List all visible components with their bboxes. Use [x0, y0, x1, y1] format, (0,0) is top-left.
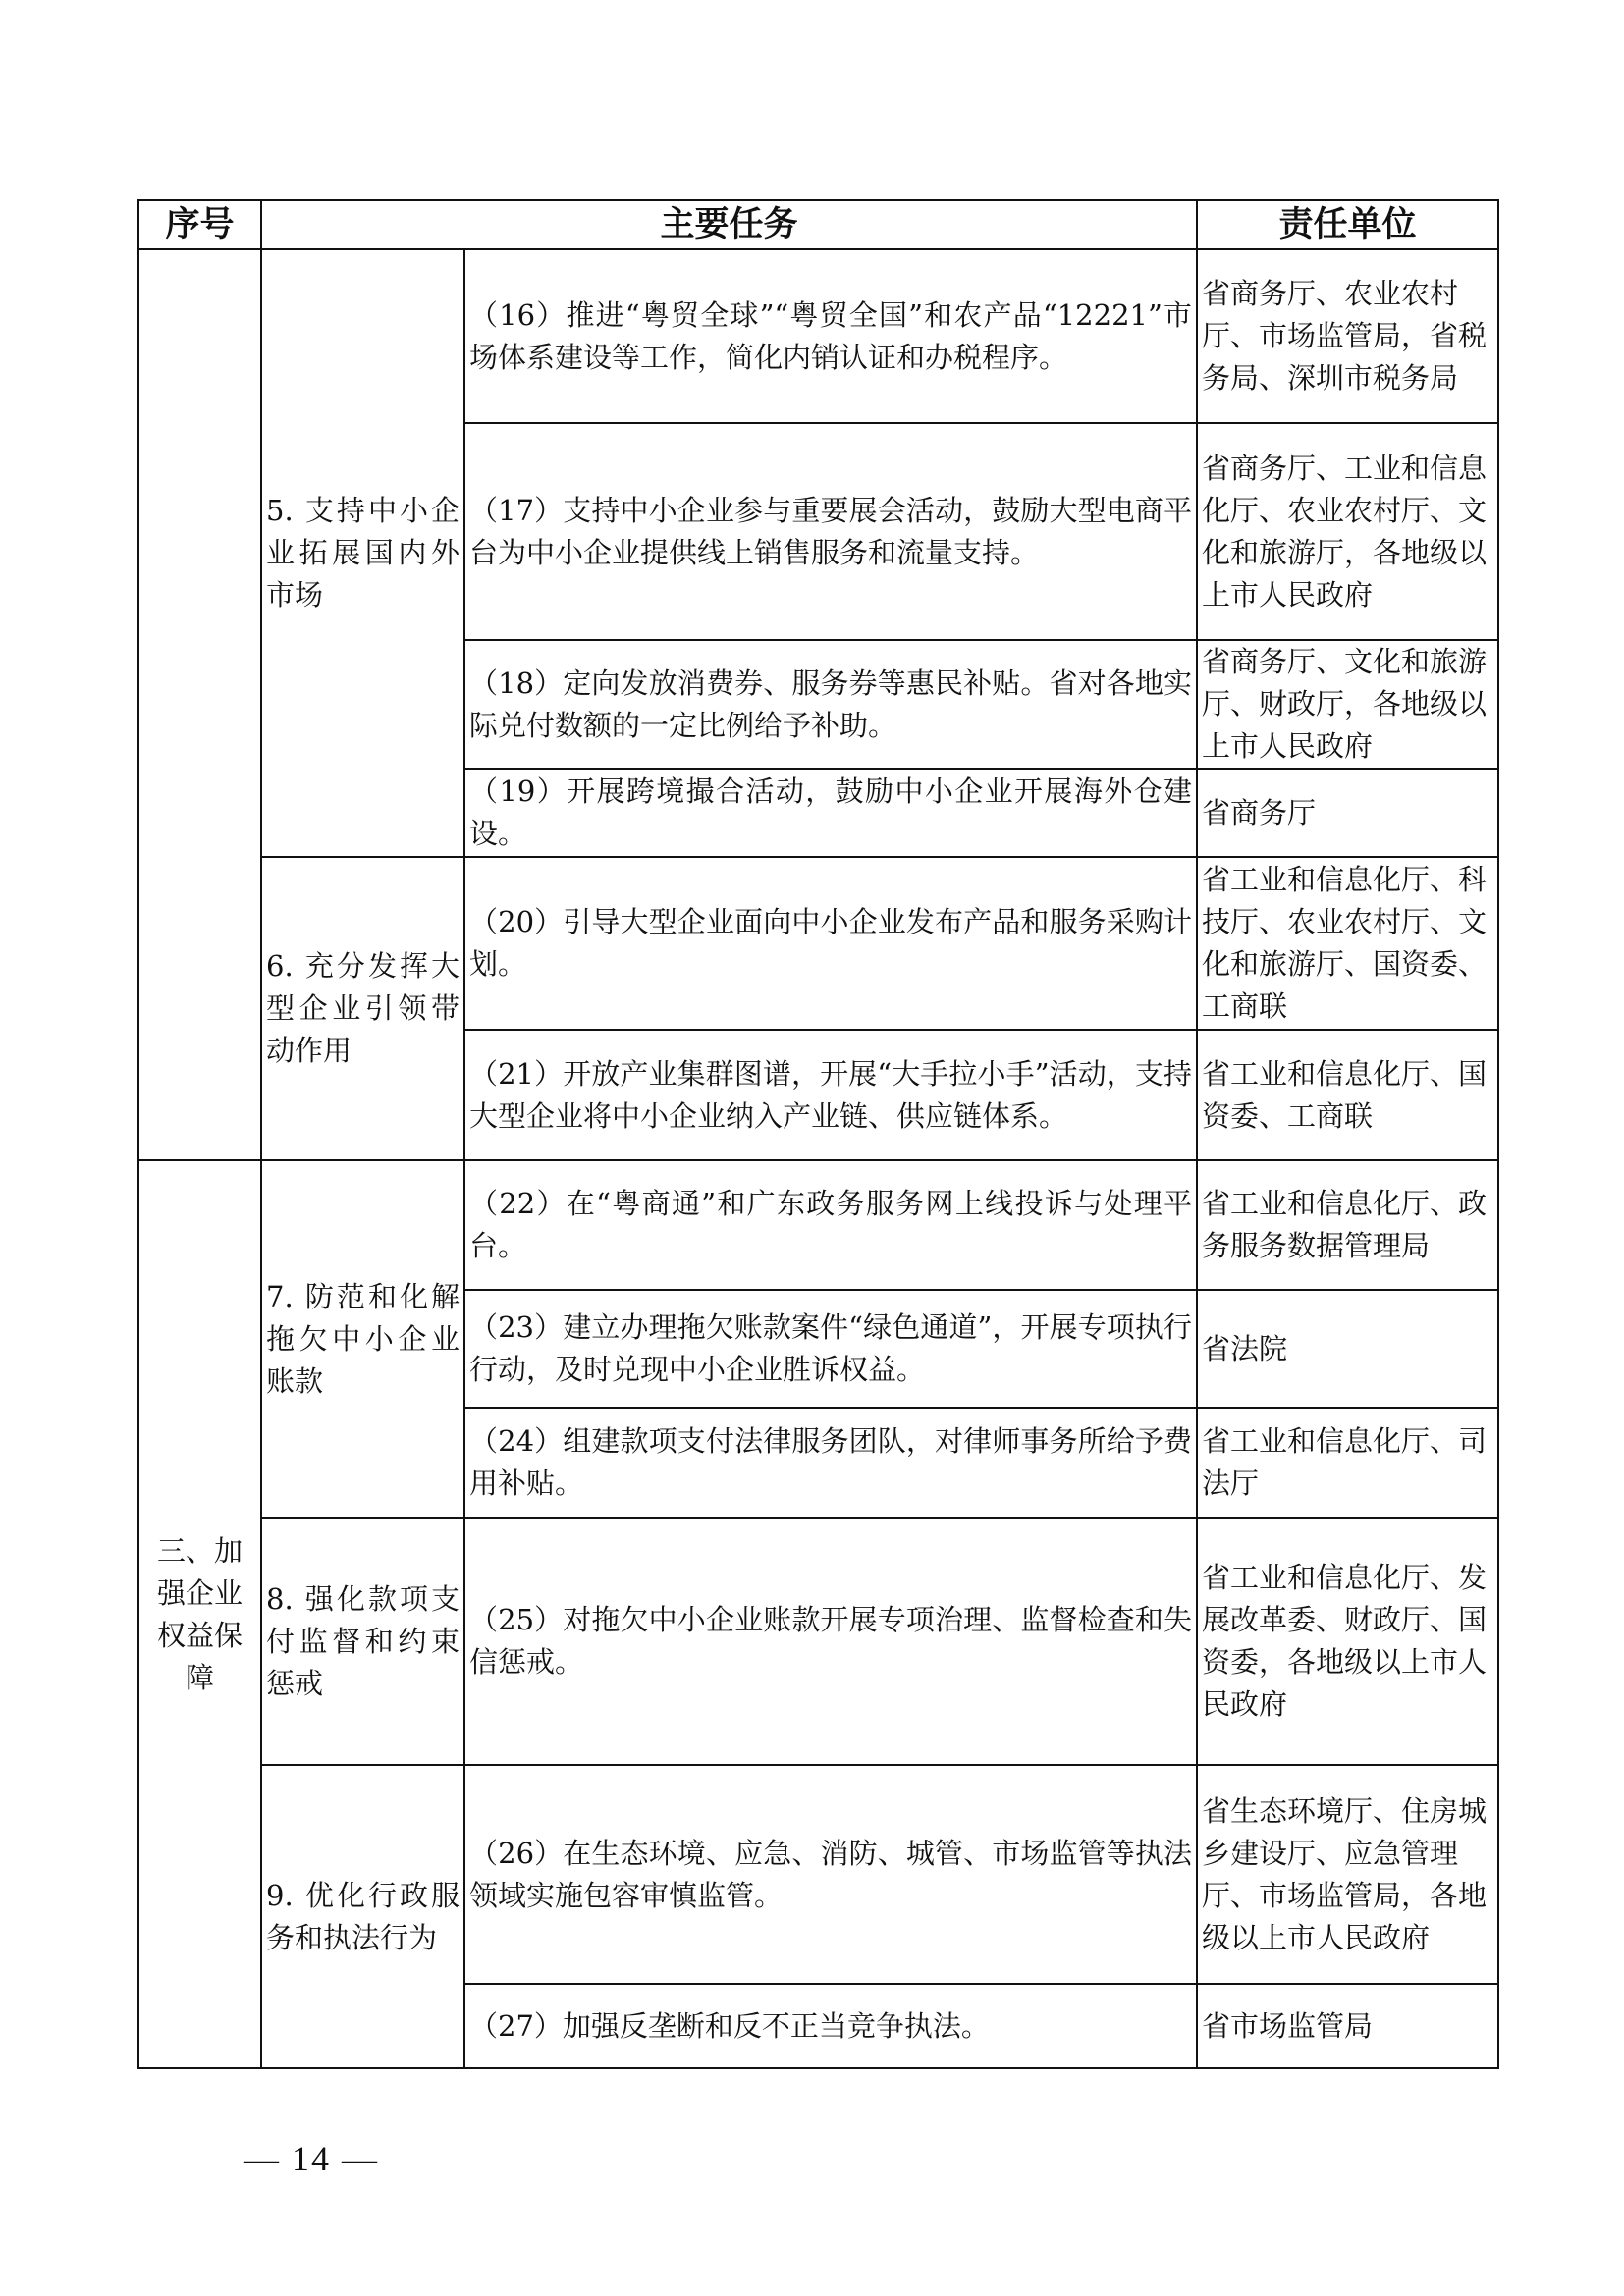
task-cell: （19）开展跨境撮合活动，鼓励中小企业开展海外仓建设。 — [464, 769, 1197, 857]
subtask-label: 6. 充分发挥大型企业引领带动作用 — [261, 857, 464, 1160]
subtask-label: 7. 防范和化解拖欠中小企业账款 — [261, 1160, 464, 1518]
table-row: 5. 支持中小企业拓展国内外市场 （16）推进“粤贸全球”“粤贸全国”和农产品“… — [138, 249, 1498, 423]
page-number: — 14 — — [244, 2138, 379, 2179]
task-cell: （20）引导大型企业面向中小企业发布产品和服务采购计划。 — [464, 857, 1197, 1030]
header-unit: 责任单位 — [1197, 200, 1498, 249]
task-cell: （16）推进“粤贸全球”“粤贸全国”和农产品“12221”市场体系建设等工作，简… — [464, 249, 1197, 423]
unit-cell: 省商务厅、工业和信息化厅、农业农村厅、文化和旅游厅，各地级以上市人民政府 — [1197, 423, 1498, 640]
unit-cell: 省商务厅、文化和旅游厅、财政厅，各地级以上市人民政府 — [1197, 640, 1498, 769]
unit-cell: 省工业和信息化厅、政务服务数据管理局 — [1197, 1160, 1498, 1290]
task-cell: （27）加强反垄断和反不正当竞争执法。 — [464, 1984, 1197, 2068]
unit-cell: 省商务厅 — [1197, 769, 1498, 857]
table-row: 8. 强化款项支付监督和约束惩戒 （25）对拖欠中小企业账款开展专项治理、监督检… — [138, 1518, 1498, 1765]
table-row: 6. 充分发挥大型企业引领带动作用 （20）引导大型企业面向中小企业发布产品和服… — [138, 857, 1498, 1030]
unit-cell: 省工业和信息化厅、发展改革委、财政厅、国资委，各地级以上市人民政府 — [1197, 1518, 1498, 1765]
table-row: 9. 优化行政服务和执法行为 （26）在生态环境、应急、消防、城管、市场监管等执… — [138, 1765, 1498, 1984]
task-table: 序号 主要任务 责任单位 5. 支持中小企业拓展国内外市场 （16）推进“粤贸全… — [137, 199, 1499, 2069]
table-row: 三、加强企业权益保障 7. 防范和化解拖欠中小企业账款 （22）在“粤商通”和广… — [138, 1160, 1498, 1290]
unit-cell: 省工业和信息化厅、国资委、工商联 — [1197, 1030, 1498, 1160]
subtask-label: 8. 强化款项支付监督和约束惩戒 — [261, 1518, 464, 1765]
subtask-label: 5. 支持中小企业拓展国内外市场 — [261, 249, 464, 857]
unit-cell: 省商务厅、农业农村厅、市场监管局，省税务局、深圳市税务局 — [1197, 249, 1498, 423]
unit-cell: 省工业和信息化厅、司法厅 — [1197, 1408, 1498, 1518]
task-cell: （18）定向发放消费券、服务券等惠民补贴。省对各地实际兑付数额的一定比例给予补助… — [464, 640, 1197, 769]
task-cell: （24）组建款项支付法律服务团队，对律师事务所给予费用补贴。 — [464, 1408, 1197, 1518]
task-cell: （17）支持中小企业参与重要展会活动，鼓励大型电商平台为中小企业提供线上销售服务… — [464, 423, 1197, 640]
unit-cell: 省生态环境厅、住房城乡建设厅、应急管理厅、市场监管局，各地级以上市人民政府 — [1197, 1765, 1498, 1984]
header-seq: 序号 — [138, 200, 261, 249]
subtask-label: 9. 优化行政服务和执法行为 — [261, 1765, 464, 2068]
task-cell: （22）在“粤商通”和广东政务服务网上线投诉与处理平台。 — [464, 1160, 1197, 1290]
task-cell: （25）对拖欠中小企业账款开展专项治理、监督检查和失信惩戒。 — [464, 1518, 1197, 1765]
task-cell: （23）建立办理拖欠账款案件“绿色通道”，开展专项执行行动，及时兑现中小企业胜诉… — [464, 1290, 1197, 1408]
unit-cell: 省工业和信息化厅、科技厅、农业农村厅、文化和旅游厅、国资委、工商联 — [1197, 857, 1498, 1030]
header-row: 序号 主要任务 责任单位 — [138, 200, 1498, 249]
section-cell: 三、加强企业权益保障 — [138, 1160, 261, 2068]
unit-cell: 省法院 — [1197, 1290, 1498, 1408]
section-cell-continued — [138, 249, 261, 1160]
unit-cell: 省市场监管局 — [1197, 1984, 1498, 2068]
task-cell: （26）在生态环境、应急、消防、城管、市场监管等执法领域实施包容审慎监管。 — [464, 1765, 1197, 1984]
task-cell: （21）开放产业集群图谱，开展“大手拉小手”活动，支持大型企业将中小企业纳入产业… — [464, 1030, 1197, 1160]
header-task: 主要任务 — [261, 200, 1197, 249]
